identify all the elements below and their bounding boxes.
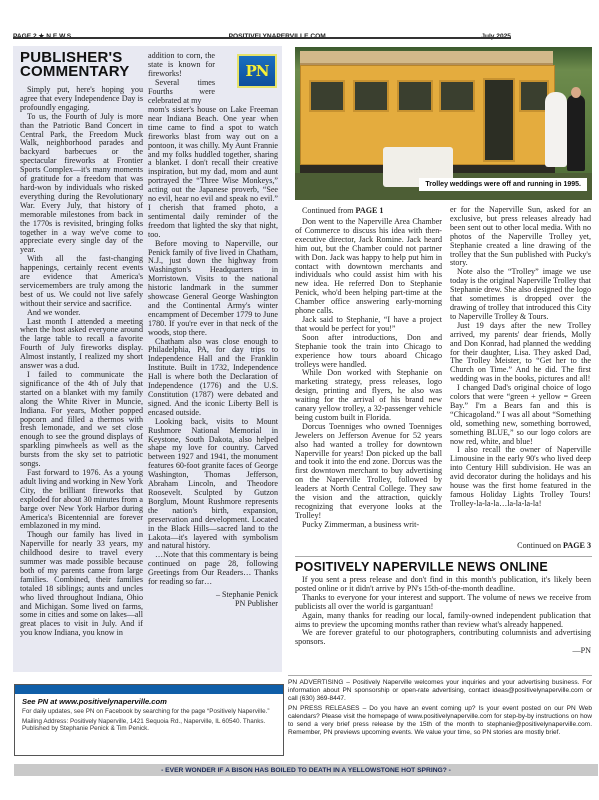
paragraph: addition to corn, the state is known for… xyxy=(148,52,215,79)
commentary-title: PUBLISHER'S COMMENTARY xyxy=(20,51,140,79)
paragraph: Just 19 days after the new Trolley arriv… xyxy=(450,322,591,384)
trolley-roof xyxy=(300,51,553,65)
trolley-window xyxy=(309,80,345,112)
continued-on: Continued on PAGE 3 xyxy=(450,541,591,550)
paragraph: Note also the “Trolley” image we use tod… xyxy=(450,268,591,321)
continued-from-page: PAGE 1 xyxy=(356,206,384,215)
paragraph: Thanks to everyone for your interest and… xyxy=(295,594,591,612)
contact-info-box: See PN at www.positivelynaperville.com F… xyxy=(14,684,284,756)
trolley-wedding-photo: Trolley weddings were off and running in… xyxy=(295,47,592,200)
paragraph: Dorcus Toenniges who owned Toenniges Jew… xyxy=(295,423,442,521)
paragraph: Pucky Zimmerman, a business writ- xyxy=(295,521,442,530)
paragraph: er for the Naperville Sun, asked for an … xyxy=(450,206,591,268)
page-label: PAGE 2 ★ N.E.W.S. xyxy=(13,32,73,40)
paragraph: Fast forward to 1976. As a young adult l… xyxy=(20,469,143,531)
pn-notices: PN ADVERTISING – Positively Naperville w… xyxy=(288,679,592,740)
paragraph: Soon after introductions, Don and Stepha… xyxy=(295,334,442,370)
info-box-header-bar xyxy=(15,685,283,694)
paragraph: If you sent a press release and don't fi… xyxy=(295,576,591,594)
photo-caption: Trolley weddings were off and running in… xyxy=(419,178,587,191)
trolley-door xyxy=(483,78,515,162)
commentary-column-2: mom's sister's house on Lake Freeman nea… xyxy=(148,106,278,609)
news-online-title: POSITIVELY NAPERVILLE NEWS ONLINE xyxy=(295,560,595,574)
advertising-notice: PN ADVERTISING – Positively Naperville w… xyxy=(288,679,592,702)
paragraph: To us, the Fourth of July is more than t… xyxy=(20,113,143,256)
continued-from-prefix: Continued from xyxy=(302,206,356,215)
pn-logo: PN xyxy=(237,54,277,88)
mailing-address: Mailing Address: Positively Naperville, … xyxy=(22,718,276,734)
paragraph: Before moving to Naperville, our Penick … xyxy=(148,240,278,338)
paragraph: Last month I attended a meeting when the… xyxy=(20,318,143,371)
trolley-window xyxy=(353,80,389,112)
section-divider xyxy=(288,675,592,676)
trolley-window xyxy=(439,80,475,112)
paragraph: Though our family has lived in Napervill… xyxy=(20,531,143,638)
commentary-column-2-top: addition to corn, the state is known for… xyxy=(148,52,215,105)
paragraph: Again, many thanks for reading our local… xyxy=(295,612,591,630)
paragraph: …Note that this commentary is being cont… xyxy=(148,551,278,587)
commentary-column-1: Simply put, here's hoping you agree that… xyxy=(20,86,143,638)
paragraph: With all the fast-changing happenings, c… xyxy=(20,255,143,308)
website-link[interactable]: See PN at www.positivelynaperville.com xyxy=(22,698,276,706)
paragraph: I changed Dad's original choice of logo … xyxy=(450,384,591,446)
section-divider xyxy=(295,556,592,557)
footer-teaser-bar: - EVER WONDER IF A BISON HAS BOILED TO D… xyxy=(14,764,598,776)
continued-on-prefix: Continued on xyxy=(517,541,563,550)
pn-signoff: —PN xyxy=(295,647,591,656)
groom-head xyxy=(571,87,581,98)
masthead-rule xyxy=(13,37,511,39)
groom xyxy=(567,95,585,171)
paragraph: While Don worked with Stephanie on marke… xyxy=(295,369,442,422)
signature-title: PN Publisher xyxy=(148,600,278,609)
press-releases-notice: PN PRESS RELEASES – Do you have an event… xyxy=(288,705,592,736)
trolley-window xyxy=(397,80,433,112)
footer-teaser: - EVER WONDER IF A BISON HAS BOILED TO D… xyxy=(161,767,451,774)
paragraph: Don went to the Naperville Area Chamber … xyxy=(295,218,442,316)
paragraph: Several times Fourths were celebrated at… xyxy=(148,79,215,106)
paragraph: We are forever grateful to our photograp… xyxy=(295,629,591,647)
paragraph: Simply put, here's hoping you agree that… xyxy=(20,86,143,113)
paragraph: I also recall the owner of Naperville Li… xyxy=(450,446,591,508)
continued-on-page: PAGE 3 xyxy=(563,541,591,550)
facebook-note: For daily updates, see PN on Facebook by… xyxy=(22,708,276,716)
paragraph: Jack said to Stephanie, “I have a projec… xyxy=(295,316,442,334)
trolley-article-column-2: er for the Naperville Sun, asked for an … xyxy=(450,206,591,509)
continued-from: Continued from PAGE 1 xyxy=(302,206,383,215)
publishers-commentary: PUBLISHER'S COMMENTARY Simply put, here'… xyxy=(13,46,282,672)
bride xyxy=(545,92,567,167)
paragraph: Looking back, visits to Mount Rushmore N… xyxy=(148,418,278,552)
news-online-body: If you sent a press release and don't fi… xyxy=(295,576,591,656)
trolley-article-column-1: Don went to the Naperville Area Chamber … xyxy=(295,218,442,530)
paragraph: Chatham also was close enough to Philade… xyxy=(148,338,278,418)
paragraph: mom's sister's house on Lake Freeman nea… xyxy=(148,106,278,240)
paragraph: I failed to communicate the significance… xyxy=(20,371,143,469)
